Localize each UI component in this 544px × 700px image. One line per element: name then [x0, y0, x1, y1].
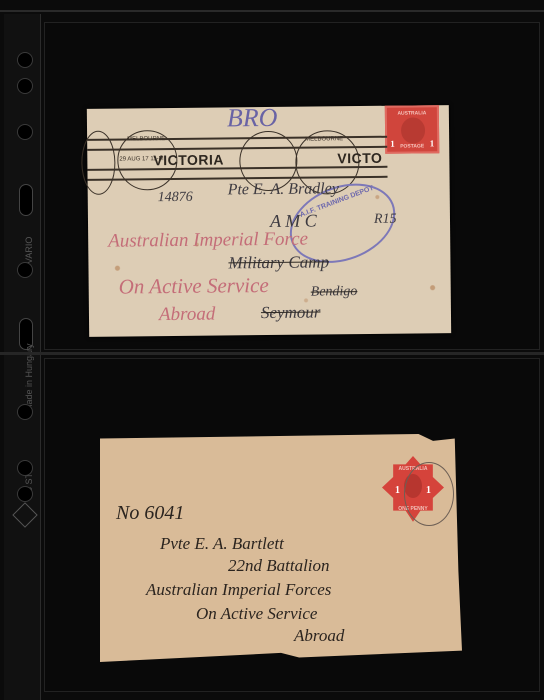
- postmark-city: MELBOURNE: [127, 136, 165, 142]
- service-line: On Active Service: [119, 273, 269, 300]
- envelope-top: AUSTRALIA 1 1 POSTAGE MELBOURNE 29 AUG 1…: [87, 105, 451, 337]
- service-number: No 6041: [116, 502, 184, 525]
- force-line: Australian Imperial Force: [108, 229, 308, 253]
- addressee-unit: 22nd Battalion: [228, 556, 330, 576]
- postmark-city: MELBOURNE: [305, 136, 343, 142]
- binder-hole: [17, 262, 33, 278]
- binder-slot: [19, 184, 33, 216]
- brand-label: VARIO: [24, 237, 34, 264]
- slogan-cancel: VICTORIA: [153, 151, 224, 168]
- abroad-line: Abroad: [159, 304, 216, 327]
- binder-strip: VARIO Made in Hungary 5 ST: [4, 14, 41, 700]
- redirected-place: Bendigo: [311, 284, 358, 300]
- slogan-cancel: VICTO: [337, 150, 382, 166]
- service-line: On Active Service: [196, 604, 317, 624]
- manufacturer-logo-icon: [12, 502, 37, 527]
- camp-line: Military Camp: [228, 252, 329, 273]
- binder-hole: [17, 460, 33, 476]
- crayon-mark: BRO: [227, 103, 278, 134]
- stamp-lower-text: POSTAGE: [387, 143, 437, 150]
- binder-hole: [17, 124, 33, 140]
- binder-hole: [17, 78, 33, 94]
- album-page: VARIO Made in Hungary 5 ST AUSTRALIA 1 1…: [0, 0, 544, 700]
- postage-stamp: AUSTRALIA 1 1 POSTAGE: [385, 105, 439, 154]
- postmark: [81, 131, 116, 195]
- stamp-denomination: 1: [395, 485, 400, 496]
- envelope-bottom: AUSTRALIA 1 1 ONE PENNY No 6041 Pvte E. …: [100, 434, 462, 662]
- abroad-line: Abroad: [294, 626, 344, 646]
- binder-hole: [17, 404, 33, 420]
- binder-hole: [17, 52, 33, 68]
- postmark: [404, 462, 454, 526]
- sleeve-top-edge: [0, 10, 544, 12]
- pocket-divider: [0, 352, 544, 355]
- original-place: Seymour: [261, 302, 321, 323]
- addressee-name: Pte E. A. Bradley: [228, 180, 339, 199]
- king-portrait-icon: [401, 117, 425, 143]
- unit-note: R15: [374, 212, 397, 228]
- stamp-country: AUSTRALIA: [387, 110, 437, 117]
- service-number: 14876: [158, 190, 193, 206]
- binder-hole: [17, 486, 33, 502]
- addressee-name: Pvte E. A. Bartlett: [160, 534, 284, 554]
- force-line: Australian Imperial Forces: [146, 580, 331, 600]
